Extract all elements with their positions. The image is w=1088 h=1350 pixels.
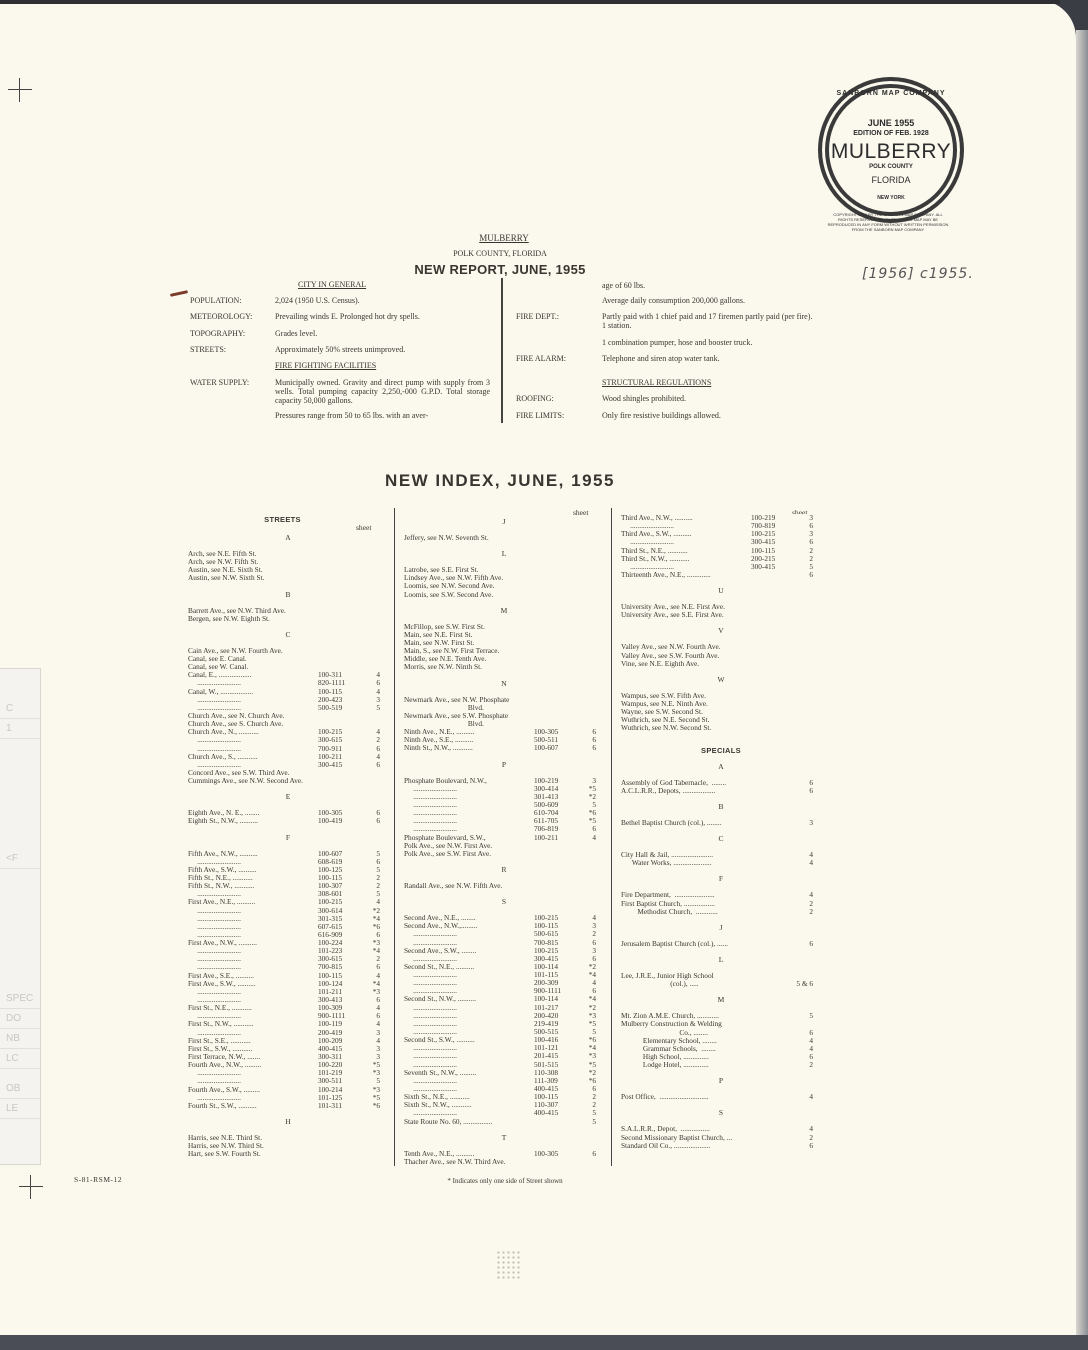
seal-state: FLORIDA	[822, 175, 960, 185]
side-tab-label: C	[0, 699, 40, 719]
index-entry-sheet: 6	[572, 744, 596, 752]
index-entry-range: 100-305	[532, 1150, 558, 1158]
index-column-2: JJeffery, see N.W. Seventh St.LLatrobe, …	[404, 510, 604, 1166]
seal-company-name: SANBORN MAP COMPANY	[822, 90, 960, 97]
index-entry-name: Post Office, ...........................	[621, 1093, 709, 1101]
index-entry-sheet: 5	[356, 704, 380, 712]
side-tab-label: 1	[0, 719, 40, 739]
streets-value: Approximately 50% streets unimproved.	[275, 345, 405, 354]
index-entry-range: 400-415	[532, 1109, 558, 1117]
index-entry: Standard Oil Co., ....................6	[621, 1142, 821, 1150]
report-divider	[501, 278, 503, 423]
index-letter-heading: P	[404, 761, 604, 769]
index-entry-name: State Route No. 60, ................	[404, 1118, 492, 1126]
index-entry: Bergen, see N.W. Eighth St.	[188, 615, 388, 623]
index-entry-name: University Ave., see S.E. First Ave.	[621, 611, 724, 619]
index-letter-heading: F	[188, 834, 388, 842]
index-entry-name: Eighth St., N.W., ..........	[188, 817, 258, 825]
index-entry-range: 100-419	[316, 817, 342, 825]
fire-dept-label: FIRE DEPT.:	[516, 312, 559, 321]
index-entry-name: Austin, see N.W. Sixth St.	[188, 574, 264, 582]
index-entry: Loomis, see S.W. Second Ave.	[404, 591, 604, 599]
index-entry-name: Ninth St., N.W., ...........	[404, 744, 473, 752]
index-entry-name: Wuthrich, see N.W. Second St.	[621, 724, 711, 732]
index-entry-name: Lodge Hotel, ..............	[621, 1061, 709, 1069]
report-heading-fire-fighting: FIRE FIGHTING FACILITIES	[275, 361, 376, 370]
meteorology-label: METEOROLOGY:	[190, 312, 252, 321]
index-divider-2	[611, 508, 612, 1166]
seal-location: NEW YORK	[822, 195, 960, 201]
index-entry: Ninth St., N.W., ...........100-6076	[404, 744, 604, 752]
registration-mark-top	[8, 78, 32, 102]
page-top-edge	[0, 0, 1060, 4]
fire-alarm-value: Telephone and siren atop water tank.	[602, 354, 720, 363]
index-entry: Randall Ave., see N.W. Fifth Ave.	[404, 882, 604, 890]
index-entry: Methodist Church, ............2	[621, 908, 821, 916]
meteorology-value: Prevailing winds E. Prolonged hot dry sp…	[275, 312, 420, 321]
index-entry: A.C.L.R.R., Depots, ..................6	[621, 787, 821, 795]
index-entry-sheet: 5 & 6	[789, 980, 813, 988]
index-entry: Austin, see N.W. Sixth St.	[188, 574, 388, 582]
side-tab-label: NB	[0, 1029, 40, 1049]
fire-alarm-label: FIRE ALARM:	[516, 354, 566, 363]
index-letter-heading: H	[188, 1118, 388, 1126]
perforation-mark	[496, 1250, 520, 1280]
index-entry-sheet: 6	[356, 761, 380, 769]
index-letter-heading: F	[621, 875, 821, 883]
index-entry: Morris, see N.W. Ninth St.	[404, 663, 604, 671]
fire-dept-value: Partly paid with 1 chief paid and 17 fir…	[602, 312, 816, 330]
index-entry-sheet: 6	[789, 571, 813, 579]
side-tab-strip: C 1 <F SPEC DO NB LC OB LE	[0, 668, 41, 1165]
index-entry-name: Vine, see N.E. Eighth Ave.	[621, 660, 699, 668]
index-entry: Jerusalem Baptist Church (col.), ......6	[621, 940, 821, 948]
seal-city: MULBERRY	[822, 140, 960, 164]
sanborn-seal: SANBORN MAP COMPANY JUNE 1955 EDITION OF…	[818, 77, 964, 223]
index-entry: Water Works, .....................4	[621, 859, 821, 867]
water-supply-value: Municipally owned. Gravity and direct pu…	[275, 378, 490, 405]
index-letter-heading: S	[404, 898, 604, 906]
water-supply-pressure: Pressures range from 50 to 65 lbs. with …	[275, 411, 495, 420]
index-letter-heading: U	[621, 587, 821, 595]
index-entry-name: (col.), .....	[621, 980, 699, 988]
index-entry-sheet: 4	[789, 1093, 813, 1101]
seal-date: JUNE 1955	[822, 118, 960, 128]
index-column-3: Third Ave., N.W., ..........100-2193 ...…	[621, 514, 821, 1150]
index-title: NEW INDEX, JUNE, 1955	[0, 471, 1000, 491]
map-page: C 1 <F SPEC DO NB LC OB LE SANBORN MAP C…	[0, 0, 1076, 1335]
side-tab-label: LC	[0, 1049, 40, 1069]
side-tab-label: SPEC	[0, 989, 40, 1009]
index-entry: Polk Ave., see S.W. First Ave.	[404, 850, 604, 858]
index-letter-heading: M	[621, 996, 821, 1004]
index-entry-sheet: 6	[789, 940, 813, 948]
index-entry: Cummings Ave., see N.W. Second Ave.	[188, 777, 388, 785]
index-entry-sheet: 2	[789, 908, 813, 916]
report-heading-structural: STRUCTURAL REGULATIONS	[602, 378, 711, 387]
index-letter-heading: W	[621, 676, 821, 684]
report-city: MULBERRY	[0, 233, 1004, 243]
side-tab-label: <F	[0, 849, 40, 869]
fire-limits-label: FIRE LIMITS:	[516, 411, 564, 420]
index-entry-sheet: 6	[789, 1142, 813, 1150]
index-entry-sheet: 6	[789, 787, 813, 795]
index-entry-sheet: 6	[356, 817, 380, 825]
index-entry-name: Polk Ave., see S.W. First Ave.	[404, 850, 491, 858]
seal-edition: EDITION OF FEB. 1928	[822, 130, 960, 137]
index-letter-heading: E	[188, 793, 388, 801]
topography-label: TOPOGRAPHY:	[190, 329, 245, 338]
index-entry-sheet: 2	[789, 1061, 813, 1069]
index-entry-range: 300-415	[316, 761, 342, 769]
index-footnote: * Indicates only one side of Street show…	[0, 1177, 1010, 1185]
index-entry-range: 100-211	[532, 834, 558, 842]
index-entry: Post Office, ...........................…	[621, 1093, 821, 1101]
roofing-value: Wood shingles prohibited.	[602, 394, 686, 403]
index-column-1: AArch, see N.E. Fifth St.Arch, see N.W. …	[188, 526, 388, 1158]
side-tab-label: DO	[0, 1009, 40, 1029]
index-entry-range: 500-519	[316, 704, 342, 712]
scan-bottom-strip	[0, 1335, 1088, 1350]
index-entry-sheet: 3	[789, 819, 813, 827]
index-entry-name: Morris, see N.W. Ninth St.	[404, 663, 482, 671]
index-entry-name: Water Works, .....................	[621, 859, 712, 867]
side-tab-label: LE	[0, 1099, 40, 1119]
index-entry-name: Hart, see S.W. Fourth St.	[188, 1150, 261, 1158]
index-entry: Wuthrich, see N.W. Second St.	[621, 724, 821, 732]
index-entry-sheet: *6	[356, 1102, 380, 1110]
index-entry: Thacher Ave., see N.W. Third Ave.	[404, 1158, 604, 1166]
seal-county: POLK COUNTY	[822, 164, 960, 170]
fire-equipment: 1 combination pumper, hose and booster t…	[602, 338, 752, 347]
index-entry-sheet: 4	[789, 859, 813, 867]
index-divider-1	[394, 508, 395, 1166]
index-entry: University Ave., see S.E. First Ave.	[621, 611, 821, 619]
index-letter-heading: B	[621, 803, 821, 811]
population-value: 2,024 (1950 U.S. Census).	[275, 296, 360, 305]
index-entry: Lodge Hotel, ..............2	[621, 1061, 821, 1069]
report-title: NEW REPORT, JUNE, 1955	[0, 262, 1000, 277]
index-entry-name: Bethel Baptist Church (col.), ........	[621, 819, 722, 827]
index-letter-heading: V	[621, 627, 821, 635]
index-entry-name: Loomis, see S.W. Second Ave.	[404, 591, 493, 599]
index-entry-range: 300-415	[749, 563, 775, 571]
index-letter-heading: B	[188, 591, 388, 599]
specials-heading: SPECIALS	[621, 747, 821, 755]
report-county-state: POLK COUNTY, FLORIDA	[0, 249, 1000, 258]
streets-label: STREETS:	[190, 345, 226, 354]
roofing-label: ROOFING:	[516, 394, 554, 403]
index-letter-heading: R	[404, 866, 604, 874]
binding-edge	[1076, 30, 1088, 1335]
index-entry-range: 100-607	[532, 744, 558, 752]
seal-copyright: COPYRIGHT 1955 BY THE SANBORN MAP COMPAN…	[826, 212, 950, 232]
index-entry-name: Thacher Ave., see N.W. Third Ave.	[404, 1158, 505, 1166]
sheet-code: S-81-RSM-12	[74, 1175, 122, 1184]
index-letter-heading: M	[404, 607, 604, 615]
index-entry: Vine, see N.E. Eighth Ave.	[621, 660, 821, 668]
index-letter-heading: L	[404, 550, 604, 558]
index-entry-name: Standard Oil Co., ....................	[621, 1142, 710, 1150]
index-entry-name: Methodist Church, ............	[621, 908, 718, 916]
index-entry-name: Jerusalem Baptist Church (col.), ......	[621, 940, 728, 948]
index-entry-sheet: 5	[572, 1118, 596, 1126]
water-supply-label: WATER SUPPLY:	[190, 378, 249, 387]
index-letter-heading: S	[621, 1109, 821, 1117]
index-entry-sheet: 5	[789, 1012, 813, 1020]
index-letter-heading: J	[404, 518, 604, 526]
index-letter-heading: A	[621, 763, 821, 771]
index-letter-heading: C	[621, 835, 821, 843]
streets-heading: STREETS	[190, 515, 375, 524]
index-entry: Eighth St., N.W., ..........100-4196	[188, 817, 388, 825]
fire-limits-value: Only fire resistive buildings allowed.	[602, 411, 721, 420]
index-entry: (col.), .....5 & 6	[621, 980, 821, 988]
index-letter-heading: N	[404, 680, 604, 688]
index-entry-name: Bergen, see N.W. Eighth St.	[188, 615, 270, 623]
index-letter-heading: C	[188, 631, 388, 639]
pressure-continued: age of 60 lbs.	[602, 281, 645, 290]
index-entry: Hart, see S.W. Fourth St.	[188, 1150, 388, 1158]
index-letter-heading: T	[404, 1134, 604, 1142]
index-entry: State Route No. 60, ................5	[404, 1118, 604, 1126]
index-letter-heading: P	[621, 1077, 821, 1085]
index-entry: Bethel Baptist Church (col.), ........3	[621, 819, 821, 827]
topography-value: Grades level.	[275, 329, 317, 338]
index-entry-range: 101-311	[316, 1102, 342, 1110]
index-entry-name: Jeffery, see N.W. Seventh St.	[404, 534, 489, 542]
pencil-mark	[170, 290, 188, 297]
index-letter-heading: J	[621, 924, 821, 932]
index-entry-name: Randall Ave., see N.W. Fifth Ave.	[404, 882, 502, 890]
index-entry-name: Thirteenth Ave., N.E., .............	[621, 571, 711, 579]
report-heading-city-in-general: CITY IN GENERAL	[298, 280, 366, 289]
index-entry-name: A.C.L.R.R., Depots, ..................	[621, 787, 715, 795]
index-entry: Fourth St., S.W., ..........101-311*6	[188, 1102, 388, 1110]
index-entry-name: Fourth St., S.W., ..........	[188, 1102, 257, 1110]
index-entry: Thirteenth Ave., N.E., .............6	[621, 571, 821, 579]
index-letter-heading: A	[188, 534, 388, 542]
index-entry: Jeffery, see N.W. Seventh St.	[404, 534, 604, 542]
side-tab-label: OB	[0, 1079, 40, 1099]
index-entry-name: Cummings Ave., see N.W. Second Ave.	[188, 777, 303, 785]
index-entry-sheet: 4	[572, 834, 596, 842]
index-letter-heading: L	[621, 956, 821, 964]
daily-consumption: Average daily consumption 200,000 gallon…	[602, 296, 745, 305]
population-label: POPULATION:	[190, 296, 242, 305]
index-entry-sheet: 6	[572, 1150, 596, 1158]
